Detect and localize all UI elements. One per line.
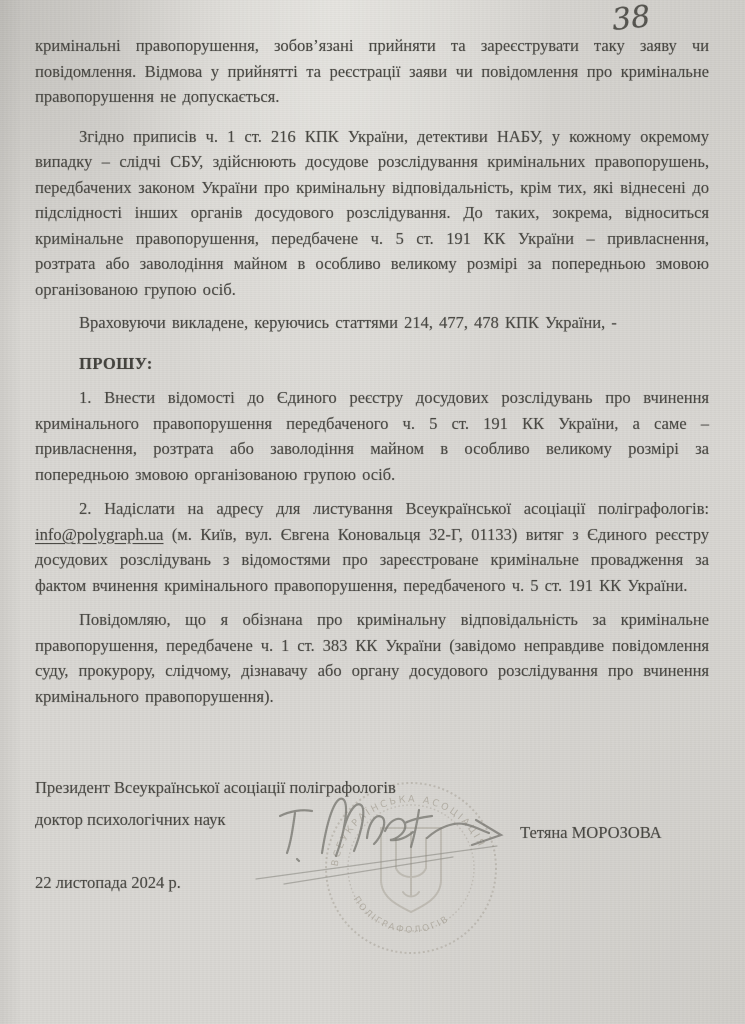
document-date: 22 листопада 2024 р. [35, 873, 181, 893]
paragraph-jurisdiction: Згідно приписів ч. 1 ст. 216 КПК України… [35, 124, 709, 303]
document-body: кримінальні правопорушення, зобов’язані … [0, 0, 745, 709]
request-heading: ПРОШУ: [35, 351, 709, 377]
email-address: info@polygraph.ua [35, 525, 163, 544]
signer-position-line-2: доктор психологічних наук [35, 810, 225, 830]
request-item-2: 2. Надіслати на адресу для листування Вс… [35, 496, 709, 598]
paragraph-legal-basis: Враховуючи викладене, керуючись статтями… [35, 310, 709, 336]
handwritten-page-number: 38 [610, 0, 652, 38]
paragraph-intake-continuation: кримінальні правопорушення, зобов’язані … [35, 33, 709, 110]
paragraph-liability-notice: Повідомляю, що я обізнана про кримінальн… [35, 607, 709, 709]
scanned-document-page: 38 кримінальні правопорушення, зобов’яза… [0, 0, 745, 1024]
request-item-1: 1. Внести відомості до Єдиного реєстру д… [35, 385, 709, 487]
handwritten-signature [248, 782, 578, 897]
request-item-2-text-before: 2. Надіслати на адресу для листування Вс… [79, 499, 709, 518]
